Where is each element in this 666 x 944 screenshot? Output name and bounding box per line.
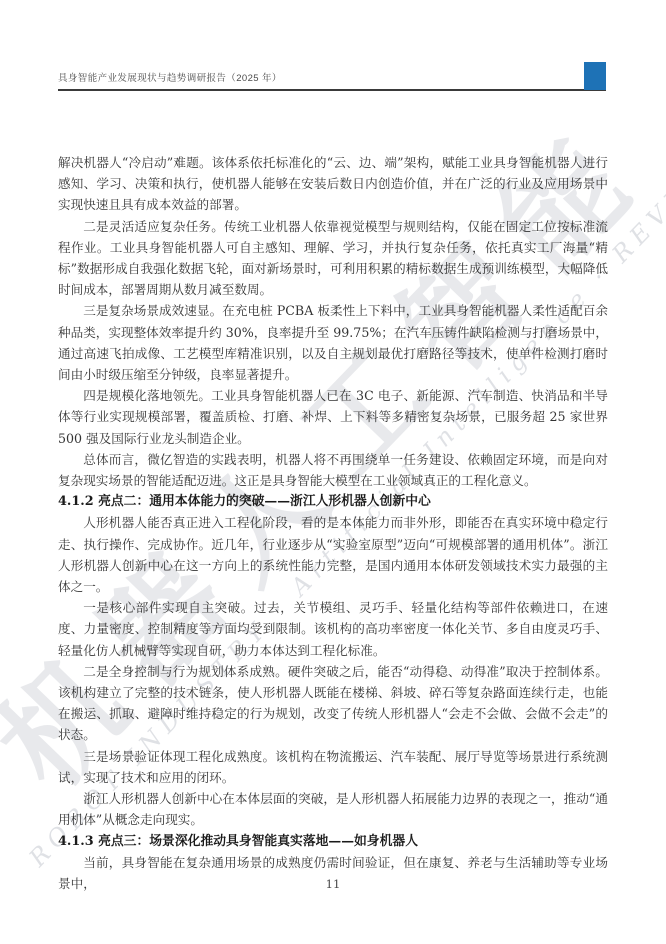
page-number: 11 — [0, 877, 666, 891]
section-heading: 4.1.2 亮点二：通用本体能力的突破——浙江人形机器人创新中心 — [58, 491, 608, 512]
paragraph: 人形机器人能否真正进入工程化阶段，看的是本体能力而非外形，即能否在真实环境中稳定… — [58, 512, 608, 597]
header-rule — [58, 89, 606, 91]
paragraph: 三是场景验证体现工程化成熟度。该机构在物流搬运、汽车装配、展厅导览等场景进行系统… — [58, 746, 608, 788]
paragraph: 浙江人形机器人创新中心在本体层面的突破，是人形机器人拓展能力边界的表现之一，推动… — [58, 788, 608, 830]
running-header-title: 具身智能产业发展现状与趋势调研报告（2025 年） — [58, 70, 282, 84]
paragraph: 一是核心部件实现自主突破。过去，关节模组、灵巧手、轻量化结构等部件依赖进口，在速… — [58, 597, 608, 661]
paragraph: 二是灵活适应复杂任务。传统工业机器人依靠视觉模型与规则结构，仅能在固定工位按标准… — [58, 216, 608, 301]
paragraph: 二是全身控制与行为规划体系成熟。硬件突破之后，能否“动得稳、动得准”取决于控制体… — [58, 661, 608, 746]
paragraph: 三是复杂场景成效速显。在充电桩 PCBA 板柔性上下料中，工业具身智能机器人柔性… — [58, 300, 608, 385]
header-accent-square — [584, 62, 606, 90]
document-body: 解决机器人“冷启动”难题。该体系依托标准化的“云、边、端”架构，赋能工业具身智能… — [58, 152, 608, 894]
report-page: 具身智能产业发展现状与趋势调研报告（2025 年） 机器人工智能 ROBOT I… — [0, 0, 666, 944]
paragraph: 解决机器人“冷启动”难题。该体系依托标准化的“云、边、端”架构，赋能工业具身智能… — [58, 152, 608, 216]
paragraph: 总体而言，微亿智造的实践表明，机器人将不再围绕单一任务建设、依赖固定环境，而是向… — [58, 449, 608, 491]
section-heading: 4.1.3 亮点三：场景深化推动具身智能真实落地——如身机器人 — [58, 831, 608, 852]
paragraph: 四是规模化落地领先。工业具身智能机器人已在 3C 电子、新能源、汽车制造、快消品… — [58, 385, 608, 449]
